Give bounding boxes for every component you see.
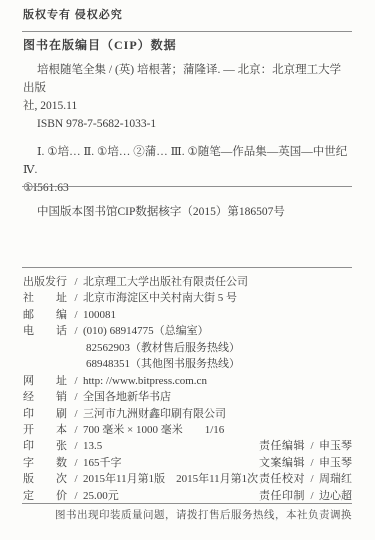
separator: / xyxy=(69,389,83,405)
staff-credit: 责任编辑 / 申玉琴 xyxy=(259,438,352,454)
field-label: 社 址 xyxy=(23,290,69,306)
field-label: 出版发行 xyxy=(23,274,69,290)
staff-name: 申玉琴 xyxy=(319,455,352,471)
cip-classification: Ⅰ. ①培… Ⅱ. ①培… ②蒲… Ⅲ. ①随笔—作品集—英国—中世纪 Ⅳ. ①… xyxy=(23,143,352,197)
imprint-row-price: 定 价 / 25.00元 责任印制 / 边心超 xyxy=(23,488,352,504)
field-label: 印 张 xyxy=(23,438,69,454)
separator: / xyxy=(305,471,319,487)
field-value: http: //www.bitpress.com.cn xyxy=(83,373,352,389)
field-label: 电 话 xyxy=(23,323,69,339)
field-value: 700 毫米 × 1000 毫米 1/16 xyxy=(83,422,352,438)
field-label: 开 本 xyxy=(23,422,69,438)
imprint-row-phone: 电 话 / (010) 68914775（总编室） xyxy=(23,323,352,339)
cip-heading: 图书在版编目（CIP）数据 xyxy=(23,38,352,53)
staff-role: 文案编辑 xyxy=(259,455,305,471)
separator: / xyxy=(305,438,319,454)
imprint-row-phone-2: 82562903（教材售后服务热线） xyxy=(23,340,352,356)
divider-cip-bottom xyxy=(22,186,352,187)
field-value: (010) 68914775（总编室） xyxy=(83,323,352,339)
field-value: 北京市海淀区中关村南大街 5 号 xyxy=(83,290,352,306)
separator: / xyxy=(69,438,83,454)
divider-imprint-top xyxy=(22,267,352,268)
staff-credit: 文案编辑 / 申玉琴 xyxy=(259,455,352,471)
field-label: 印 刷 xyxy=(23,406,69,422)
divider-bottom xyxy=(22,503,352,504)
field-label: 网 址 xyxy=(23,373,69,389)
staff-role: 责任编辑 xyxy=(259,438,305,454)
cip-title-statement: 培根随笔全集 / (英) 培根著；蒲隆译. — 北京：北京理工大学出版 社, 2… xyxy=(23,61,352,115)
field-value: 165千字 xyxy=(83,455,259,471)
cip-title-line-1: 培根随笔全集 / (英) 培根著；蒲隆译. — 北京：北京理工大学出版 xyxy=(23,61,352,97)
imprint-row-address: 社 址 / 北京市海淀区中关村南大街 5 号 xyxy=(23,290,352,306)
staff-name: 申玉琴 xyxy=(319,438,352,454)
staff-credit: 责任校对 / 周瑞红 xyxy=(259,471,352,487)
field-value: 北京理工大学出版社有限责任公司 xyxy=(83,274,352,290)
imprint-row-sheets: 印 张 / 13.5 责任编辑 / 申玉琴 xyxy=(23,438,352,454)
staff-name: 周瑞红 xyxy=(319,471,352,487)
cip-classification-line-2: ①I561.63 xyxy=(23,179,352,197)
cip-record-number: 中国版本图书馆CIP数据核字（2015）第186507号 xyxy=(23,203,352,221)
field-label: 邮 编 xyxy=(23,307,69,323)
copyright-notice: 版权专有 侵权必究 xyxy=(23,8,123,22)
divider-top xyxy=(22,31,352,32)
quality-service-note: 图书出现印装质量问题，请拨打售后服务热线，本社负责调换 xyxy=(23,509,352,523)
separator: / xyxy=(69,471,83,487)
imprint-row-postcode: 邮 编 / 100081 xyxy=(23,307,352,323)
field-label: 字 数 xyxy=(23,455,69,471)
separator: / xyxy=(305,455,319,471)
field-value: 三河市九洲财鑫印刷有限公司 xyxy=(83,406,352,422)
field-value: 68948351（其他图书服务热线） xyxy=(86,356,352,372)
imprint-row-phone-3: 68948351（其他图书服务热线） xyxy=(23,356,352,372)
staff-credit: 责任印制 / 边心超 xyxy=(259,488,352,504)
field-label: 定 价 xyxy=(23,488,69,504)
field-value: 100081 xyxy=(83,307,352,323)
staff-role: 责任印制 xyxy=(259,488,305,504)
imprint-block: 出版发行 / 北京理工大学出版社有限责任公司 社 址 / 北京市海淀区中关村南大… xyxy=(23,274,352,504)
cip-data-block: 图书在版编目（CIP）数据 培根随笔全集 / (英) 培根著；蒲隆译. — 北京… xyxy=(23,38,352,221)
field-label: 经 销 xyxy=(23,389,69,405)
separator: / xyxy=(69,373,83,389)
imprint-row-publisher: 出版发行 / 北京理工大学出版社有限责任公司 xyxy=(23,274,352,290)
separator: / xyxy=(69,455,83,471)
staff-name: 边心超 xyxy=(319,488,352,504)
copyright-page: 版权专有 侵权必究 图书在版编目（CIP）数据 培根随笔全集 / (英) 培根著… xyxy=(0,0,375,540)
separator: / xyxy=(69,307,83,323)
staff-role: 责任校对 xyxy=(259,471,305,487)
separator: / xyxy=(69,488,83,504)
field-value: 2015年11月第1版 2015年11月第1次印刷 xyxy=(83,471,259,487)
field-value: 82562903（教材售后服务热线） xyxy=(86,340,352,356)
imprint-row-website: 网 址 / http: //www.bitpress.com.cn xyxy=(23,373,352,389)
cip-title-line-2: 社, 2015.11 xyxy=(23,97,352,115)
field-value: 13.5 xyxy=(83,438,259,454)
field-value: 25.00元 xyxy=(83,488,259,504)
separator: / xyxy=(69,323,83,339)
separator: / xyxy=(305,488,319,504)
separator: / xyxy=(69,406,83,422)
field-label: 版 次 xyxy=(23,471,69,487)
separator: / xyxy=(69,422,83,438)
imprint-row-format: 开 本 / 700 毫米 × 1000 毫米 1/16 xyxy=(23,422,352,438)
imprint-row-edition: 版 次 / 2015年11月第1版 2015年11月第1次印刷 责任校对 / 周… xyxy=(23,471,352,487)
imprint-row-wordcount: 字 数 / 165千字 文案编辑 / 申玉琴 xyxy=(23,455,352,471)
separator: / xyxy=(69,274,83,290)
isbn: ISBN 978-7-5682-1033-1 xyxy=(23,115,352,133)
field-value: 全国各地新华书店 xyxy=(83,389,352,405)
imprint-row-distribution: 经 销 / 全国各地新华书店 xyxy=(23,389,352,405)
cip-classification-line-1: Ⅰ. ①培… Ⅱ. ①培… ②蒲… Ⅲ. ①随笔—作品集—英国—中世纪 Ⅳ. xyxy=(23,143,352,179)
imprint-row-printer: 印 刷 / 三河市九洲财鑫印刷有限公司 xyxy=(23,406,352,422)
separator: / xyxy=(69,290,83,306)
